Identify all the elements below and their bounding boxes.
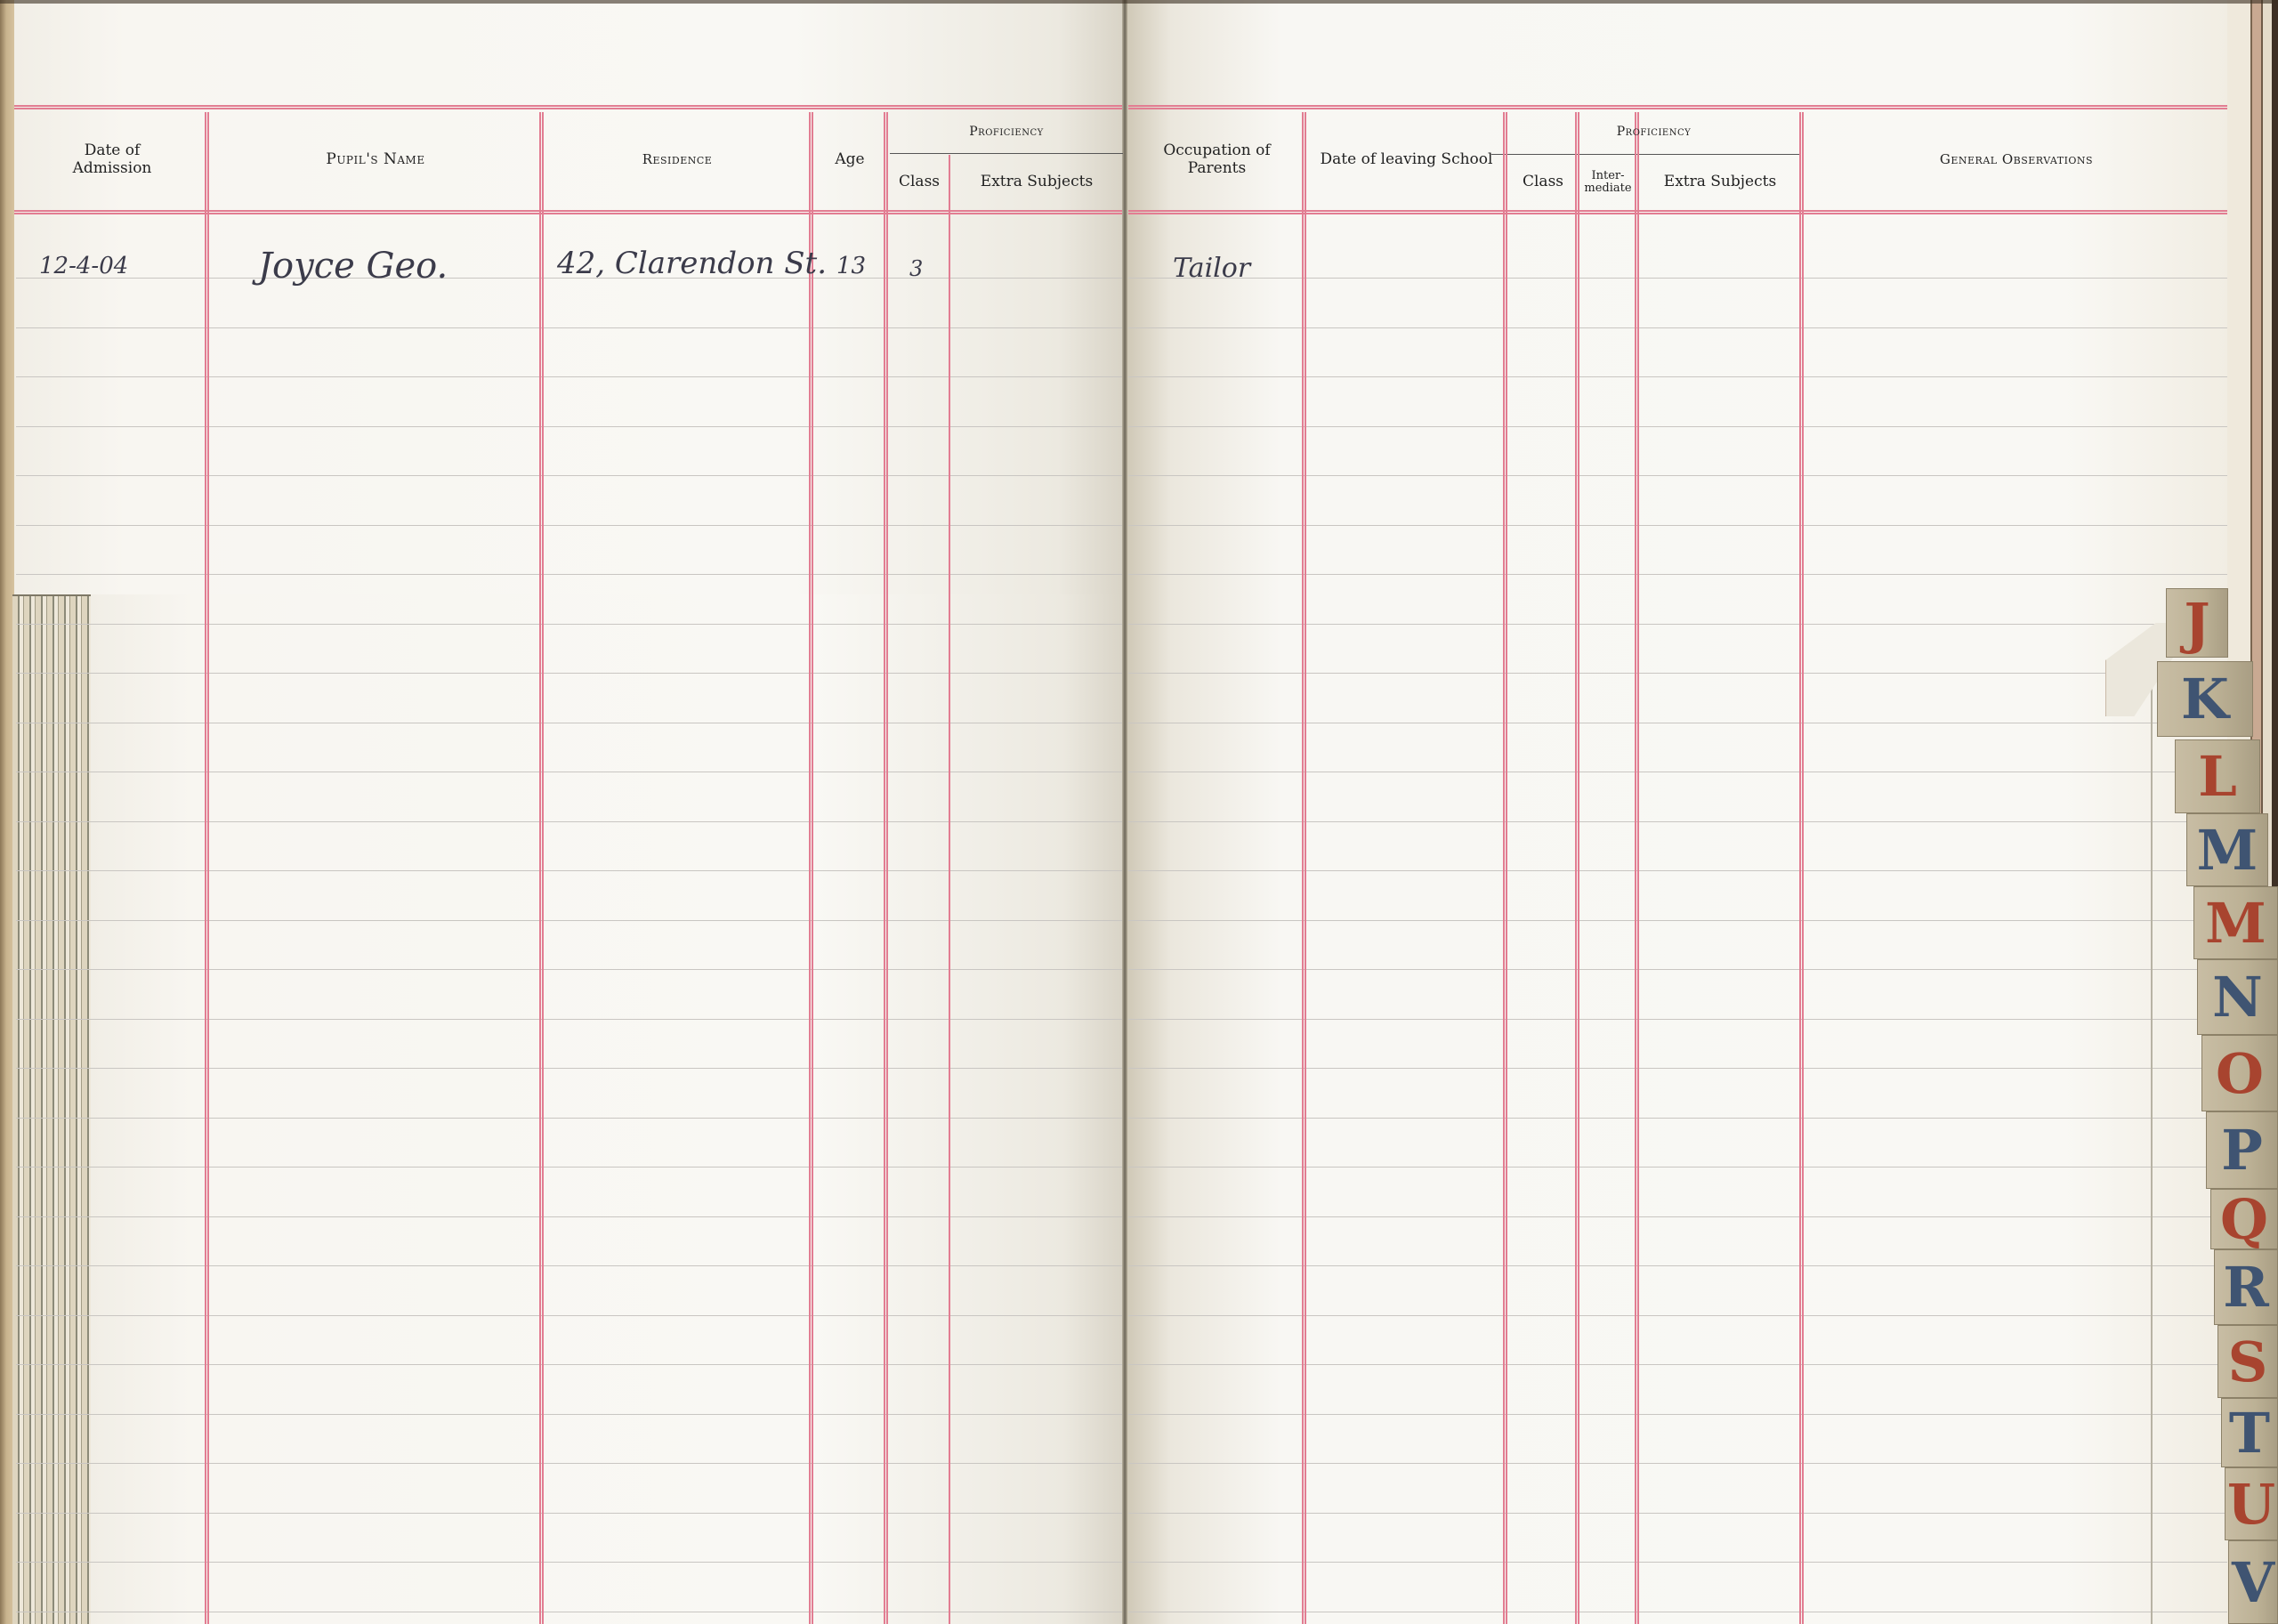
gutter	[1122, 0, 1127, 1624]
column-rule	[539, 112, 544, 1624]
row-line-right	[1128, 278, 2227, 279]
header-label-line: Date of	[73, 142, 152, 160]
proficiency-rule-left	[890, 153, 1123, 154]
row-line-left	[16, 574, 1122, 575]
header-occupation-of-parents: Occupation ofParents	[1130, 112, 1304, 208]
tab-guide-line	[2151, 660, 2153, 1624]
row-line-left	[16, 1414, 1122, 1415]
header-proficiency-group-left: Proficiency	[890, 114, 1123, 149]
row-line-left	[16, 821, 1122, 822]
header-label-line: Admission	[73, 160, 152, 178]
left-page-upper	[14, 0, 1125, 594]
index-tab-r[interactable]: R	[2214, 1249, 2278, 1325]
index-tab-v[interactable]: V	[2228, 1540, 2278, 1624]
row-line-right	[1128, 772, 2227, 772]
header-extra-subjects-right: Extra Subjects	[1640, 157, 1800, 208]
column-rule	[1302, 112, 1306, 1624]
header-extra-subjects-left: Extra Subjects	[952, 157, 1121, 208]
entry-class: 3	[909, 256, 923, 281]
row-line-left	[16, 870, 1122, 871]
row-line-right	[1128, 920, 2227, 921]
row-line-right	[1128, 574, 2227, 575]
row-line-left	[16, 1463, 1122, 1464]
row-line-left	[16, 673, 1122, 674]
column-rule	[1799, 112, 1804, 1624]
index-tab-j[interactable]: J	[2166, 588, 2228, 658]
row-line-right	[1128, 475, 2227, 476]
row-line-left	[16, 1216, 1122, 1217]
index-tab-t[interactable]: T	[2221, 1398, 2278, 1467]
row-line-right	[1128, 1513, 2227, 1514]
row-line-right	[1128, 426, 2227, 427]
column-rule	[1503, 112, 1507, 1624]
entry-date-of-admission: 12-4-04	[39, 253, 128, 279]
row-line-right	[1128, 1414, 2227, 1415]
row-line-right	[1128, 1364, 2227, 1365]
row-line-right	[1128, 1562, 2227, 1563]
header-label-line: Parents	[1163, 160, 1270, 178]
entry-residence: 42, Clarendon St.	[557, 246, 827, 281]
entry-occupation-of-parents: Tailor	[1173, 253, 1250, 284]
row-line-right	[1128, 723, 2227, 723]
row-line-left	[16, 1513, 1122, 1514]
row-line-right	[1128, 1216, 2227, 1217]
header-rule-left	[14, 210, 1122, 214]
row-line-left	[16, 723, 1122, 723]
row-line-right	[1128, 525, 2227, 526]
index-tab-s[interactable]: S	[2217, 1325, 2278, 1398]
header-date-of-leaving-school: Date of leaving School	[1308, 112, 1505, 208]
row-line-right	[1128, 624, 2227, 625]
row-line-right	[1128, 1463, 2227, 1464]
row-line-right	[1128, 1068, 2227, 1069]
proficiency-rule-right	[1491, 154, 1801, 155]
row-line-left	[16, 1364, 1122, 1365]
row-line-right	[1128, 1019, 2227, 1020]
row-line-right	[1128, 821, 2227, 822]
row-line-left	[16, 1019, 1122, 1020]
right-page	[1127, 0, 2227, 1624]
row-line-left	[16, 376, 1122, 377]
row-line-left	[16, 1118, 1122, 1119]
top-shadow	[0, 0, 2278, 4]
row-line-right	[1128, 1612, 2227, 1612]
header-label-line: Inter-	[1584, 170, 1631, 182]
row-line-right	[1128, 1118, 2227, 1119]
header-class-left: Class	[890, 157, 949, 208]
column-rule	[884, 112, 888, 1624]
header-age: Age	[814, 112, 885, 208]
index-tab-o[interactable]: O	[2201, 1035, 2278, 1111]
row-line-right	[1128, 969, 2227, 970]
index-tab-m[interactable]: M	[2186, 813, 2268, 886]
header-pupils-name: Pupil's Name	[211, 112, 540, 208]
header-rule-right	[1128, 105, 2227, 109]
header-date-of-admission: Date ofAdmission	[18, 112, 206, 208]
index-tab-l[interactable]: L	[2175, 739, 2260, 813]
index-tab-u[interactable]: U	[2225, 1467, 2278, 1540]
column-rule	[809, 112, 813, 1624]
header-rule-right	[1128, 210, 2227, 214]
header-general-observations: General Observations	[1805, 112, 2227, 208]
column-rule	[1575, 112, 1579, 1624]
entry-pupils-name: Joyce Geo.	[258, 246, 448, 287]
column-rule	[205, 112, 209, 1624]
row-line-left	[16, 525, 1122, 526]
left-page-stack	[12, 594, 93, 1624]
row-line-right	[1128, 327, 2227, 328]
row-line-right	[1128, 673, 2227, 674]
header-proficiency-group-right: Proficiency	[1509, 114, 1798, 149]
row-line-right	[1128, 1315, 2227, 1316]
row-line-left	[16, 624, 1122, 625]
row-line-right	[1128, 1167, 2227, 1168]
left-page-lower	[91, 594, 1125, 1624]
row-line-left	[16, 1315, 1122, 1316]
row-line-left	[16, 969, 1122, 970]
row-line-left	[16, 475, 1122, 476]
header-rule-left	[14, 105, 1122, 109]
row-line-left	[16, 1562, 1122, 1563]
row-line-right	[1128, 1265, 2227, 1266]
row-line-right	[1128, 376, 2227, 377]
index-tab-k[interactable]: K	[2157, 661, 2253, 737]
index-tab-p[interactable]: P	[2206, 1111, 2278, 1189]
index-tab-n[interactable]: N	[2197, 959, 2278, 1035]
row-line-left	[16, 1068, 1122, 1069]
column-rule	[1635, 112, 1639, 1624]
row-line-left	[16, 327, 1122, 328]
header-residence: Residence	[545, 112, 809, 208]
row-line-left	[16, 920, 1122, 921]
row-line-right	[1128, 870, 2227, 871]
header-class-right: Class	[1509, 157, 1577, 208]
index-tab-q[interactable]: Q	[2210, 1189, 2278, 1249]
header-label-line: Occupation of	[1163, 142, 1270, 160]
row-line-left	[16, 1265, 1122, 1266]
index-tab-m[interactable]: M	[2193, 886, 2278, 959]
ledger-spread: Date ofAdmission Pupil's Name Residence …	[0, 0, 2278, 1624]
row-line-left	[16, 772, 1122, 772]
header-label-line: mediate	[1584, 182, 1631, 195]
column-rule-class-left	[949, 155, 950, 1624]
row-line-left	[16, 1612, 1122, 1612]
header-intermediate: Inter-mediate	[1580, 157, 1636, 208]
row-line-left	[16, 426, 1122, 427]
entry-age: 13	[836, 253, 866, 279]
row-line-left	[16, 1167, 1122, 1168]
